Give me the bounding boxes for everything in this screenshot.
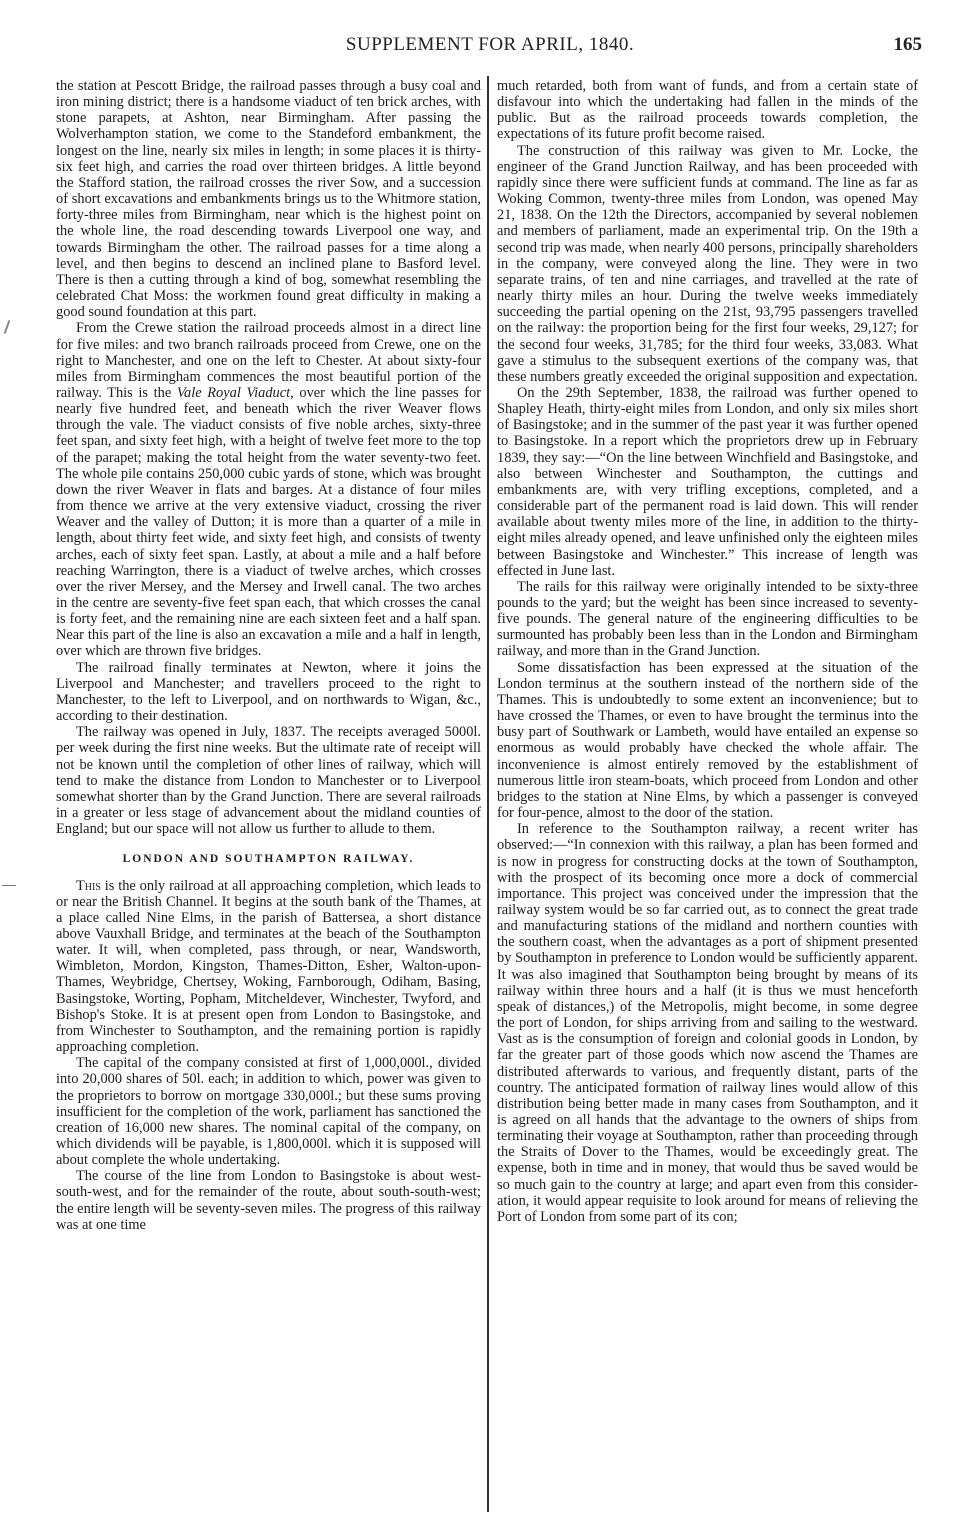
paragraph: In reference to the Southampton railway,…	[497, 821, 918, 1225]
paragraph: The rails for this railway were original…	[497, 579, 918, 660]
paragraph: the station at Pescott Bridge, the railr…	[56, 78, 481, 320]
running-head: SUPPLEMENT FOR APRIL, 1840. 165	[0, 34, 980, 56]
left-column: the station at Pescott Bridge, the railr…	[56, 78, 481, 1233]
drop-word: This	[76, 878, 101, 894]
paragraph: Some dissatisfaction has been expressed …	[497, 660, 918, 822]
paragraph: The railroad finally terminates at Newto…	[56, 660, 481, 725]
paragraph: From the Crewe station the railroad proc…	[56, 320, 481, 659]
paragraph: The construction of this railway was giv…	[497, 143, 918, 385]
paragraph: On the 29th September, 1838, the railroa…	[497, 385, 918, 579]
column-rule	[487, 76, 489, 1512]
right-column: much retarded, both from want of funds, …	[497, 78, 918, 1225]
paragraph: This is the only railroad at all approac…	[56, 878, 481, 1056]
margin-mark	[4, 320, 11, 334]
paragraph: The railway was opened in July, 1837. Th…	[56, 724, 481, 837]
document-page: SUPPLEMENT FOR APRIL, 1840. 165 the stat…	[0, 0, 980, 1517]
page-number: 165	[894, 34, 923, 56]
paragraph: The course of the line from London to Ba…	[56, 1168, 481, 1233]
margin-mark	[2, 885, 16, 886]
italic-term: Vale Royal Viaduct,	[177, 385, 294, 401]
section-heading: LONDON AND SOUTHAMPTON RAILWAY.	[56, 851, 481, 867]
paragraph-text: is the only railroad at all approaching …	[56, 878, 481, 1056]
running-title: SUPPLEMENT FOR APRIL, 1840.	[0, 34, 980, 56]
paragraph-text: over which the line passes for nearly fi…	[56, 385, 481, 660]
paragraph: The capital of the company consisted at …	[56, 1055, 481, 1168]
paragraph: much retarded, both from want of funds, …	[497, 78, 918, 143]
